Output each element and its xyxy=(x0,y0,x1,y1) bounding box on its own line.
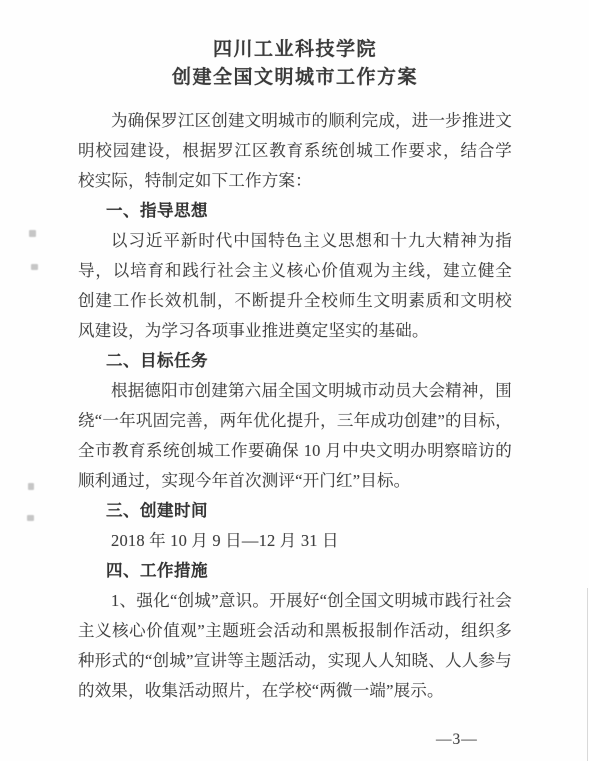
scan-artifact-speck xyxy=(27,515,34,521)
paragraph-creation-time: 2018 年 10 月 9 日—12 月 31 日 xyxy=(78,526,512,556)
paragraph-target-tasks: 根据德阳市创建第六届全国文明城市动员大会精神，围绕“一年巩固完善，两年优化提升，… xyxy=(78,376,512,496)
section-heading-1: 一、指导思想 xyxy=(78,196,512,226)
page-number: —3— xyxy=(436,730,478,750)
scan-artifact-speck xyxy=(31,264,38,270)
section-heading-4: 四、工作措施 xyxy=(78,556,512,586)
scan-artifact-speck xyxy=(28,483,34,490)
document-title-line1: 四川工业科技学院 xyxy=(78,36,512,64)
paragraph-measure-1: 1、强化“创城”意识。开展好“创全国文明城市践行社会主义核心价值观”主题班会活动… xyxy=(78,586,512,706)
scan-artifact-speck xyxy=(29,230,36,237)
document-content: 为确保罗江区创建文明城市的顺利完成，进一步推进文明校园建设，根据罗江区教育系统创… xyxy=(78,106,512,706)
document-page: 四川工业科技学院 创建全国文明城市工作方案 为确保罗江区创建文明城市的顺利完成，… xyxy=(0,0,589,761)
scan-artifact-edge-line xyxy=(587,588,588,761)
paragraph-guiding-ideas: 以习近平新时代中国特色主义思想和十九大精神为指导，以培育和践行社会主义核心价值观… xyxy=(78,226,512,346)
section-heading-2: 二、目标任务 xyxy=(78,346,512,376)
document-body: 四川工业科技学院 创建全国文明城市工作方案 为确保罗江区创建文明城市的顺利完成，… xyxy=(78,36,512,706)
document-title-line2: 创建全国文明城市工作方案 xyxy=(78,64,512,92)
paragraph-intro: 为确保罗江区创建文明城市的顺利完成，进一步推进文明校园建设，根据罗江区教育系统创… xyxy=(78,106,512,196)
section-heading-3: 三、创建时间 xyxy=(78,496,512,526)
